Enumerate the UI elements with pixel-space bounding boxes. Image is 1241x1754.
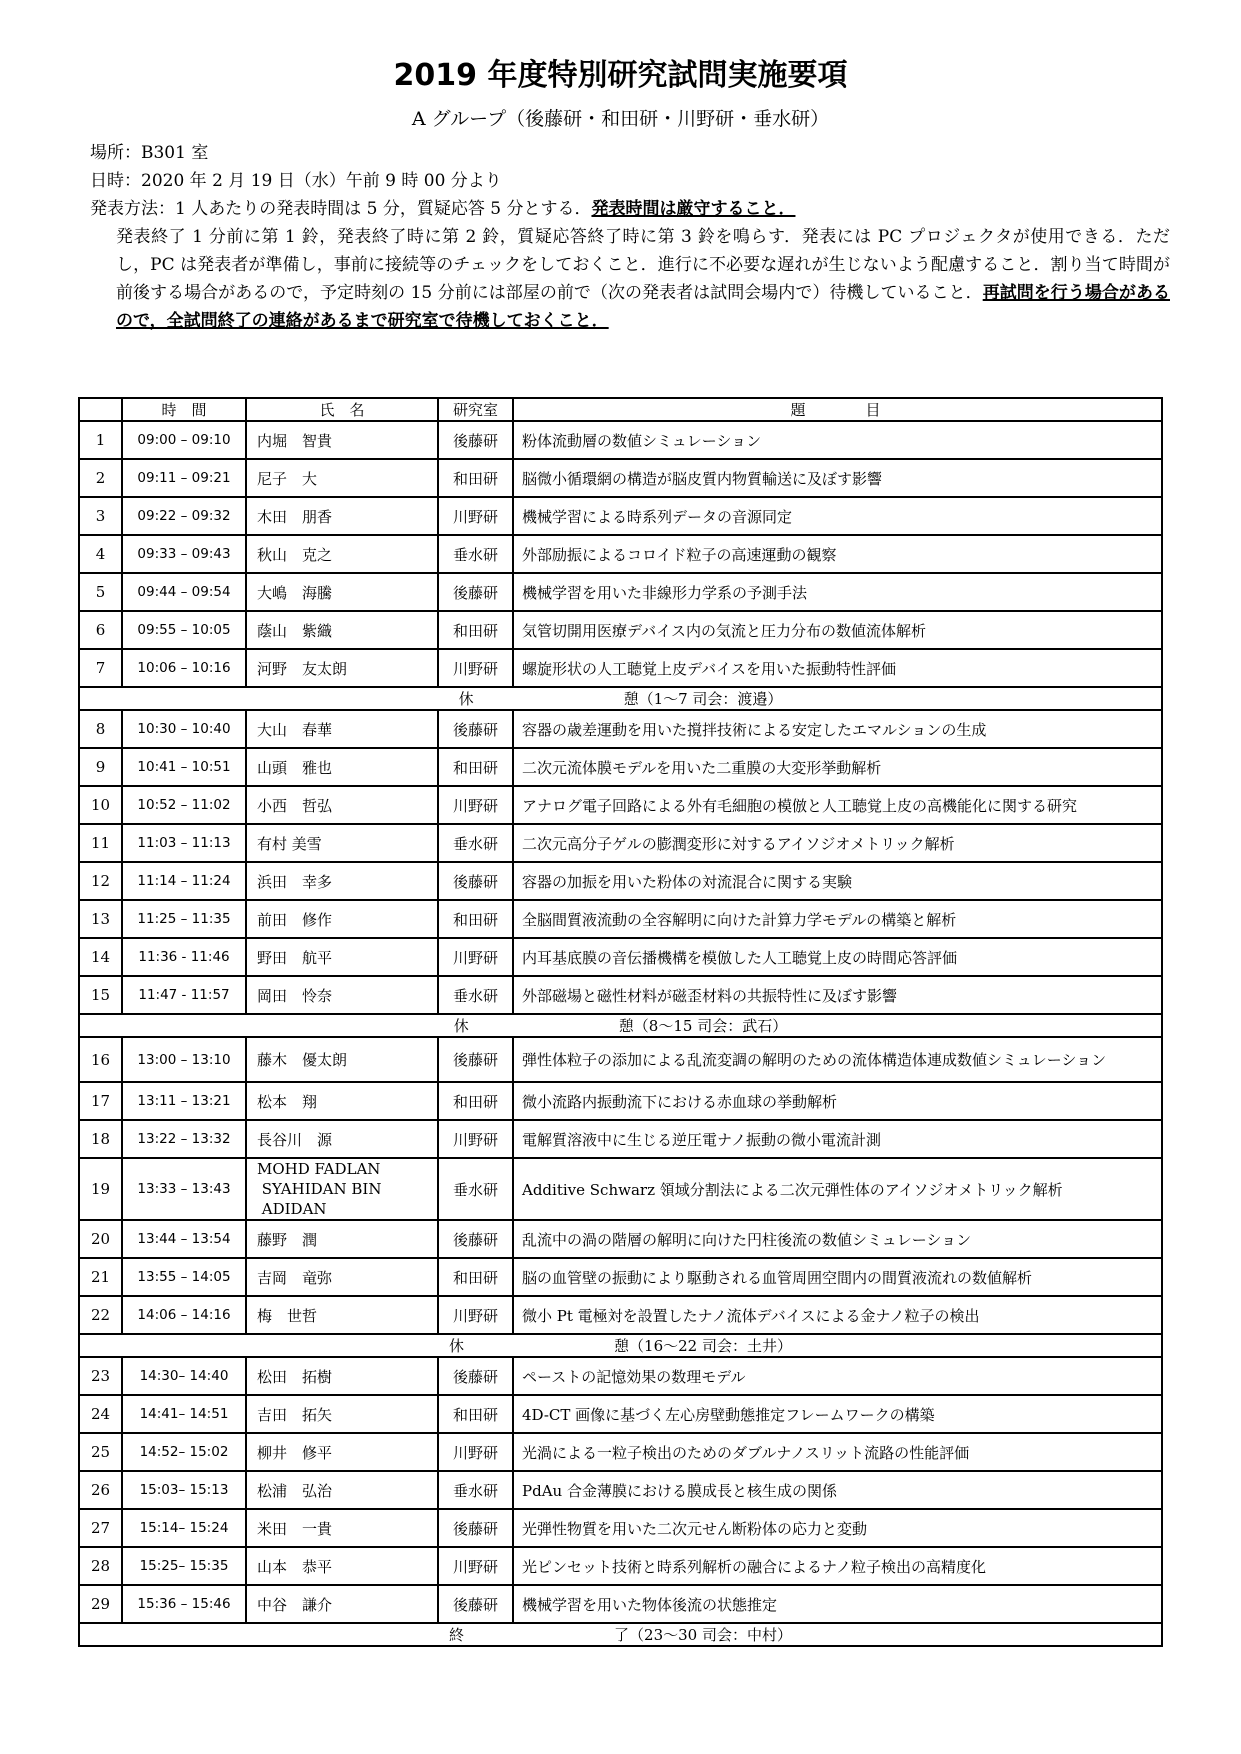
row-time: 13:11 – 13:21	[122, 1082, 246, 1120]
row-lab: 後藤研	[438, 1357, 513, 1395]
break-cell: 休憩（8〜15 司会：武石）	[79, 1014, 1162, 1037]
row-number: 7	[79, 649, 122, 687]
row-lab: 後藤研	[438, 573, 513, 611]
row-name: 長谷川 源	[246, 1120, 438, 1158]
table-row: 910:41 – 10:51山頭 雅也和田研二次元流体膜モデルを用いた二重膜の大…	[79, 748, 1162, 786]
row-name: 木田 朋香	[246, 497, 438, 535]
table-row: 1411:36 - 11:46野田 航平川野研内耳基底膜の音伝播機構を模倣した人…	[79, 938, 1162, 976]
row-name: 小西 哲弘	[246, 786, 438, 824]
row-lab: 川野研	[438, 786, 513, 824]
row-time: 14:06 – 14:16	[122, 1296, 246, 1334]
row-name: 前田 修作	[246, 900, 438, 938]
row-title: 機械学習を用いた物体後流の状態推定	[513, 1585, 1162, 1623]
break-row: 休憩（1〜7 司会：渡邉）	[79, 687, 1162, 710]
row-number: 21	[79, 1258, 122, 1296]
table-header-row: 時 間 氏 名 研究室 題 目	[79, 398, 1162, 421]
table-row: 1713:11 – 13:21松本 翔和田研微小流路内振動流下における赤血球の挙…	[79, 1082, 1162, 1120]
row-time: 13:55 – 14:05	[122, 1258, 246, 1296]
break-cell: 終了（23〜30 司会：中村）	[79, 1623, 1162, 1646]
method-lead: 発表方法：1 人あたりの発表時間は 5 分，質疑応答 5 分とする．	[90, 199, 591, 219]
row-number: 17	[79, 1082, 122, 1120]
row-title: 光渦による一粒子検出のためのダブルナノスリット流路の性能評価	[513, 1433, 1162, 1471]
row-title: 内耳基底膜の音伝播機構を模倣した人工聴覚上皮の時間応答評価	[513, 938, 1162, 976]
row-title: 乱流中の渦の階層の解明に向けた円柱後流の数値シミュレーション	[513, 1220, 1162, 1258]
row-name: 吉田 拓矢	[246, 1395, 438, 1433]
table-row: 1211:14 – 11:24浜田 幸多後藤研容器の加振を用いた粉体の対流混合に…	[79, 862, 1162, 900]
table-row: 1311:25 – 11:35前田 修作和田研全脳間質液流動の全容解明に向けた計…	[79, 900, 1162, 938]
row-lab: 川野研	[438, 649, 513, 687]
row-time: 09:33 – 09:43	[122, 535, 246, 573]
row-number: 29	[79, 1585, 122, 1623]
row-number: 18	[79, 1120, 122, 1158]
row-name: 中谷 謙介	[246, 1585, 438, 1623]
row-lab: 垂水研	[438, 976, 513, 1014]
row-number: 10	[79, 786, 122, 824]
row-name: 松浦 弘治	[246, 1471, 438, 1509]
row-title: 二次元流体膜モデルを用いた二重膜の大変形挙動解析	[513, 748, 1162, 786]
row-name: 松本 翔	[246, 1082, 438, 1120]
row-lab: 川野研	[438, 1296, 513, 1334]
table-row: 109:00 – 09:10内堀 智貴後藤研粉体流動層の数値シミュレーション	[79, 421, 1162, 459]
row-lab: 和田研	[438, 611, 513, 649]
row-number: 9	[79, 748, 122, 786]
table-row: 209:11 – 09:21尼子 大和田研脳微小循環網の構造が脳皮質内物質輸送に…	[79, 459, 1162, 497]
row-lab: 後藤研	[438, 862, 513, 900]
row-time: 11:14 – 11:24	[122, 862, 246, 900]
row-name: 柳井 修平	[246, 1433, 438, 1471]
row-name: 藤木 優太朗	[246, 1037, 438, 1082]
row-name: 秋山 克之	[246, 535, 438, 573]
table-row: 2314:30– 14:40松田 拓樹後藤研ペーストの記憶効果の数理モデル	[79, 1357, 1162, 1395]
presentation-method: 発表方法：1 人あたりの発表時間は 5 分，質疑応答 5 分とする．発表時間は厳…	[90, 195, 1170, 335]
method-body: 発表終了 1 分前に第 1 鈴，発表終了時に第 2 鈴，質疑応答終了時に第 3 …	[90, 223, 1170, 335]
table-row: 710:06 – 10:16河野 友太朗川野研螺旋形状の人工聴覚上皮デバイスを用…	[79, 649, 1162, 687]
schedule-table: 時 間 氏 名 研究室 題 目 109:00 – 09:10内堀 智貴後藤研粉体…	[78, 397, 1163, 1647]
break-label: 終了（23〜30 司会：中村）	[449, 1624, 792, 1645]
row-title: 全脳間質液流動の全容解明に向けた計算力学モデルの構築と解析	[513, 900, 1162, 938]
break-row: 休憩（16〜22 司会：土井）	[79, 1334, 1162, 1357]
row-lab: 垂水研	[438, 1471, 513, 1509]
break-label-rest: 了（23〜30 司会：中村）	[614, 1626, 792, 1644]
place-info: 場所：B301 室	[90, 140, 208, 166]
row-title: Additive Schwarz 領域分割法による二次元弾性体のアイソジオメトリ…	[513, 1158, 1162, 1220]
row-name: MOHD FADLAN SYAHIDAN BIN ADIDAN	[246, 1158, 438, 1220]
row-time: 15:03– 15:13	[122, 1471, 246, 1509]
row-name: 米田 一貴	[246, 1509, 438, 1547]
row-time: 13:22 – 13:32	[122, 1120, 246, 1158]
row-lab: 後藤研	[438, 1220, 513, 1258]
row-number: 26	[79, 1471, 122, 1509]
row-title: 螺旋形状の人工聴覚上皮デバイスを用いた振動特性評価	[513, 649, 1162, 687]
row-number: 8	[79, 710, 122, 748]
header-no	[79, 398, 122, 421]
row-lab: 和田研	[438, 1082, 513, 1120]
row-title: 微小流路内振動流下における赤血球の挙動解析	[513, 1082, 1162, 1120]
table-row: 2615:03– 15:13松浦 弘治垂水研PdAu 合金薄膜における膜成長と核…	[79, 1471, 1162, 1509]
row-name: 大山 春華	[246, 710, 438, 748]
break-label: 休憩（16〜22 司会：土井）	[449, 1335, 792, 1356]
row-lab: 後藤研	[438, 1585, 513, 1623]
row-name: 吉岡 竜弥	[246, 1258, 438, 1296]
row-time: 11:47 - 11:57	[122, 976, 246, 1014]
row-time: 11:03 – 11:13	[122, 824, 246, 862]
row-time: 14:52– 15:02	[122, 1433, 246, 1471]
header-title: 題 目	[513, 398, 1162, 421]
row-name: 山頭 雅也	[246, 748, 438, 786]
date-info: 日時：2020 年 2 月 19 日（水）午前 9 時 00 分より	[90, 168, 502, 194]
row-number: 11	[79, 824, 122, 862]
break-label-first: 休	[459, 690, 474, 708]
break-label: 休憩（1〜7 司会：渡邉）	[459, 688, 783, 709]
row-title: ペーストの記憶効果の数理モデル	[513, 1357, 1162, 1395]
row-time: 10:30 – 10:40	[122, 710, 246, 748]
table-row: 2715:14– 15:24米田 一貴後藤研光弾性物質を用いた二次元せん断粉体の…	[79, 1509, 1162, 1547]
row-lab: 後藤研	[438, 710, 513, 748]
row-time: 09:00 – 09:10	[122, 421, 246, 459]
table-row: 2113:55 – 14:05吉岡 竜弥和田研脳の血管壁の振動により駆動される血…	[79, 1258, 1162, 1296]
table-row: 309:22 – 09:32木田 朋香川野研機械学習による時系列データの音源同定	[79, 497, 1162, 535]
row-name: 尼子 大	[246, 459, 438, 497]
row-number: 16	[79, 1037, 122, 1082]
row-number: 3	[79, 497, 122, 535]
row-title: 4D-CT 画像に基づく左心房壁動態推定フレームワークの構築	[513, 1395, 1162, 1433]
row-lab: 川野研	[438, 1433, 513, 1471]
row-time: 09:44 – 09:54	[122, 573, 246, 611]
row-time: 13:33 – 13:43	[122, 1158, 246, 1220]
row-lab: 和田研	[438, 748, 513, 786]
method-lead-emphasis: 発表時間は厳守すること．	[591, 199, 795, 219]
page-subtitle: A グループ（後藤研・和田研・川野研・垂水研）	[0, 104, 1241, 131]
row-title: 二次元高分子ゲルの膨潤変形に対するアイソジオメトリック解析	[513, 824, 1162, 862]
row-name: 山本 恭平	[246, 1547, 438, 1585]
row-number: 23	[79, 1357, 122, 1395]
table-row: 2414:41– 14:51吉田 拓矢和田研4D-CT 画像に基づく左心房壁動態…	[79, 1395, 1162, 1433]
row-title: PdAu 合金薄膜における膜成長と核生成の関係	[513, 1471, 1162, 1509]
break-label-first: 休	[454, 1017, 469, 1035]
row-time: 09:11 – 09:21	[122, 459, 246, 497]
row-number: 27	[79, 1509, 122, 1547]
row-time: 10:52 – 11:02	[122, 786, 246, 824]
row-title: 光弾性物質を用いた二次元せん断粉体の応力と変動	[513, 1509, 1162, 1547]
table-row: 1813:22 – 13:32長谷川 源川野研電解質溶液中に生じる逆圧電ナノ振動…	[79, 1120, 1162, 1158]
row-number: 2	[79, 459, 122, 497]
row-lab: 後藤研	[438, 421, 513, 459]
row-name: 有村 美雪	[246, 824, 438, 862]
row-time: 13:44 – 13:54	[122, 1220, 246, 1258]
row-title: 機械学習を用いた非線形力学系の予測手法	[513, 573, 1162, 611]
table-row: 409:33 – 09:43秋山 克之垂水研外部励振によるコロイド粒子の高速運動…	[79, 535, 1162, 573]
row-number: 13	[79, 900, 122, 938]
row-number: 24	[79, 1395, 122, 1433]
row-title: 脳微小循環網の構造が脳皮質内物質輸送に及ぼす影響	[513, 459, 1162, 497]
row-time: 10:41 – 10:51	[122, 748, 246, 786]
row-lab: 和田研	[438, 900, 513, 938]
row-title: 弾性体粒子の添加による乱流変調の解明のための流体構造体連成数値シミュレーション	[513, 1037, 1162, 1082]
row-name: 河野 友太朗	[246, 649, 438, 687]
break-label: 休憩（8〜15 司会：武石）	[454, 1015, 787, 1036]
table-row: 1511:47 - 11:57岡田 怜奈垂水研外部磁場と磁性材料が磁歪材料の共振…	[79, 976, 1162, 1014]
table-row: 1613:00 – 13:10藤木 優太朗後藤研弾性体粒子の添加による乱流変調の…	[79, 1037, 1162, 1082]
row-number: 25	[79, 1433, 122, 1471]
row-number: 12	[79, 862, 122, 900]
row-number: 4	[79, 535, 122, 573]
break-label-rest: 憩（8〜15 司会：武石）	[619, 1017, 787, 1035]
row-title: 光ピンセット技術と時系列解析の融合によるナノ粒子検出の高精度化	[513, 1547, 1162, 1585]
row-number: 15	[79, 976, 122, 1014]
row-title: 容器の歳差運動を用いた撹拌技術による安定したエマルションの生成	[513, 710, 1162, 748]
row-title: 粉体流動層の数値シミュレーション	[513, 421, 1162, 459]
row-title: 気管切開用医療デバイス内の気流と圧力分布の数値流体解析	[513, 611, 1162, 649]
row-lab: 後藤研	[438, 1509, 513, 1547]
row-time: 11:36 - 11:46	[122, 938, 246, 976]
row-lab: 和田研	[438, 1258, 513, 1296]
table-row: 2815:25– 15:35山本 恭平川野研光ピンセット技術と時系列解析の融合に…	[79, 1547, 1162, 1585]
row-number: 19	[79, 1158, 122, 1220]
row-lab: 川野研	[438, 938, 513, 976]
row-time: 14:30– 14:40	[122, 1357, 246, 1395]
break-cell: 休憩（1〜7 司会：渡邉）	[79, 687, 1162, 710]
row-name: 野田 航平	[246, 938, 438, 976]
break-label-first: 休	[449, 1337, 464, 1355]
row-time: 11:25 – 11:35	[122, 900, 246, 938]
row-time: 15:14– 15:24	[122, 1509, 246, 1547]
row-name: 松田 拓樹	[246, 1357, 438, 1395]
table-row: 1913:33 – 13:43MOHD FADLAN SYAHIDAN BIN …	[79, 1158, 1162, 1220]
row-number: 22	[79, 1296, 122, 1334]
row-title: アナログ電子回路による外有毛細胞の模倣と人工聴覚上皮の高機能化に関する研究	[513, 786, 1162, 824]
row-time: 10:06 – 10:16	[122, 649, 246, 687]
row-time: 15:36 – 15:46	[122, 1585, 246, 1623]
table-row: 2214:06 – 14:16梅 世哲川野研微小 Pt 電極対を設置したナノ流体…	[79, 1296, 1162, 1334]
break-row: 休憩（8〜15 司会：武石）	[79, 1014, 1162, 1037]
table-row: 2514:52– 15:02柳井 修平川野研光渦による一粒子検出のためのダブルナ…	[79, 1433, 1162, 1471]
table-row: 509:44 – 09:54大嶋 海騰後藤研機械学習を用いた非線形力学系の予測手…	[79, 573, 1162, 611]
row-lab: 後藤研	[438, 1037, 513, 1082]
row-time: 15:25– 15:35	[122, 1547, 246, 1585]
row-lab: 和田研	[438, 1395, 513, 1433]
break-label-rest: 憩（16〜22 司会：土井）	[614, 1337, 792, 1355]
row-number: 14	[79, 938, 122, 976]
row-number: 20	[79, 1220, 122, 1258]
break-cell: 休憩（16〜22 司会：土井）	[79, 1334, 1162, 1357]
table-row: 2013:44 – 13:54藤野 潤後藤研乱流中の渦の階層の解明に向けた円柱後…	[79, 1220, 1162, 1258]
table-row: 1111:03 – 11:13有村 美雪垂水研二次元高分子ゲルの膨潤変形に対する…	[79, 824, 1162, 862]
table-row: 609:55 – 10:05蔭山 紫織和田研気管切開用医療デバイス内の気流と圧力…	[79, 611, 1162, 649]
row-lab: 川野研	[438, 1547, 513, 1585]
table-row: 2915:36 – 15:46中谷 謙介後藤研機械学習を用いた物体後流の状態推定	[79, 1585, 1162, 1623]
row-lab: 垂水研	[438, 535, 513, 573]
row-name: 岡田 怜奈	[246, 976, 438, 1014]
break-label-first: 終	[449, 1626, 464, 1644]
table-row: 810:30 – 10:40大山 春華後藤研容器の歳差運動を用いた撹拌技術による…	[79, 710, 1162, 748]
row-number: 6	[79, 611, 122, 649]
header-time: 時 間	[122, 398, 246, 421]
row-title: 容器の加振を用いた粉体の対流混合に関する実験	[513, 862, 1162, 900]
row-name: 大嶋 海騰	[246, 573, 438, 611]
row-title: 脳の血管壁の振動により駆動される血管周囲空間内の間質液流れの数値解析	[513, 1258, 1162, 1296]
row-name: 浜田 幸多	[246, 862, 438, 900]
row-lab: 垂水研	[438, 1158, 513, 1220]
row-number: 28	[79, 1547, 122, 1585]
row-time: 14:41– 14:51	[122, 1395, 246, 1433]
table-row: 1010:52 – 11:02小西 哲弘川野研アナログ電子回路による外有毛細胞の…	[79, 786, 1162, 824]
row-number: 5	[79, 573, 122, 611]
row-time: 09:55 – 10:05	[122, 611, 246, 649]
row-title: 機械学習による時系列データの音源同定	[513, 497, 1162, 535]
row-title: 微小 Pt 電極対を設置したナノ流体デバイスによる金ナノ粒子の検出	[513, 1296, 1162, 1334]
row-number: 1	[79, 421, 122, 459]
row-title: 外部励振によるコロイド粒子の高速運動の観察	[513, 535, 1162, 573]
row-lab: 川野研	[438, 1120, 513, 1158]
row-name: 蔭山 紫織	[246, 611, 438, 649]
row-lab: 川野研	[438, 497, 513, 535]
row-lab: 和田研	[438, 459, 513, 497]
row-title: 外部磁場と磁性材料が磁歪材料の共振特性に及ぼす影響	[513, 976, 1162, 1014]
header-lab: 研究室	[438, 398, 513, 421]
row-name: 内堀 智貴	[246, 421, 438, 459]
method-lead-line: 発表方法：1 人あたりの発表時間は 5 分，質疑応答 5 分とする．発表時間は厳…	[90, 195, 1170, 223]
row-name: 藤野 潤	[246, 1220, 438, 1258]
row-time: 09:22 – 09:32	[122, 497, 246, 535]
row-title: 電解質溶液中に生じる逆圧電ナノ振動の微小電流計測	[513, 1120, 1162, 1158]
header-name: 氏 名	[246, 398, 438, 421]
row-lab: 垂水研	[438, 824, 513, 862]
page-title: 2019 年度特別研究試問実施要項	[0, 50, 1241, 94]
row-time: 13:00 – 13:10	[122, 1037, 246, 1082]
break-label-rest: 憩（1〜7 司会：渡邉）	[624, 690, 783, 708]
break-row: 終了（23〜30 司会：中村）	[79, 1623, 1162, 1646]
row-name: 梅 世哲	[246, 1296, 438, 1334]
